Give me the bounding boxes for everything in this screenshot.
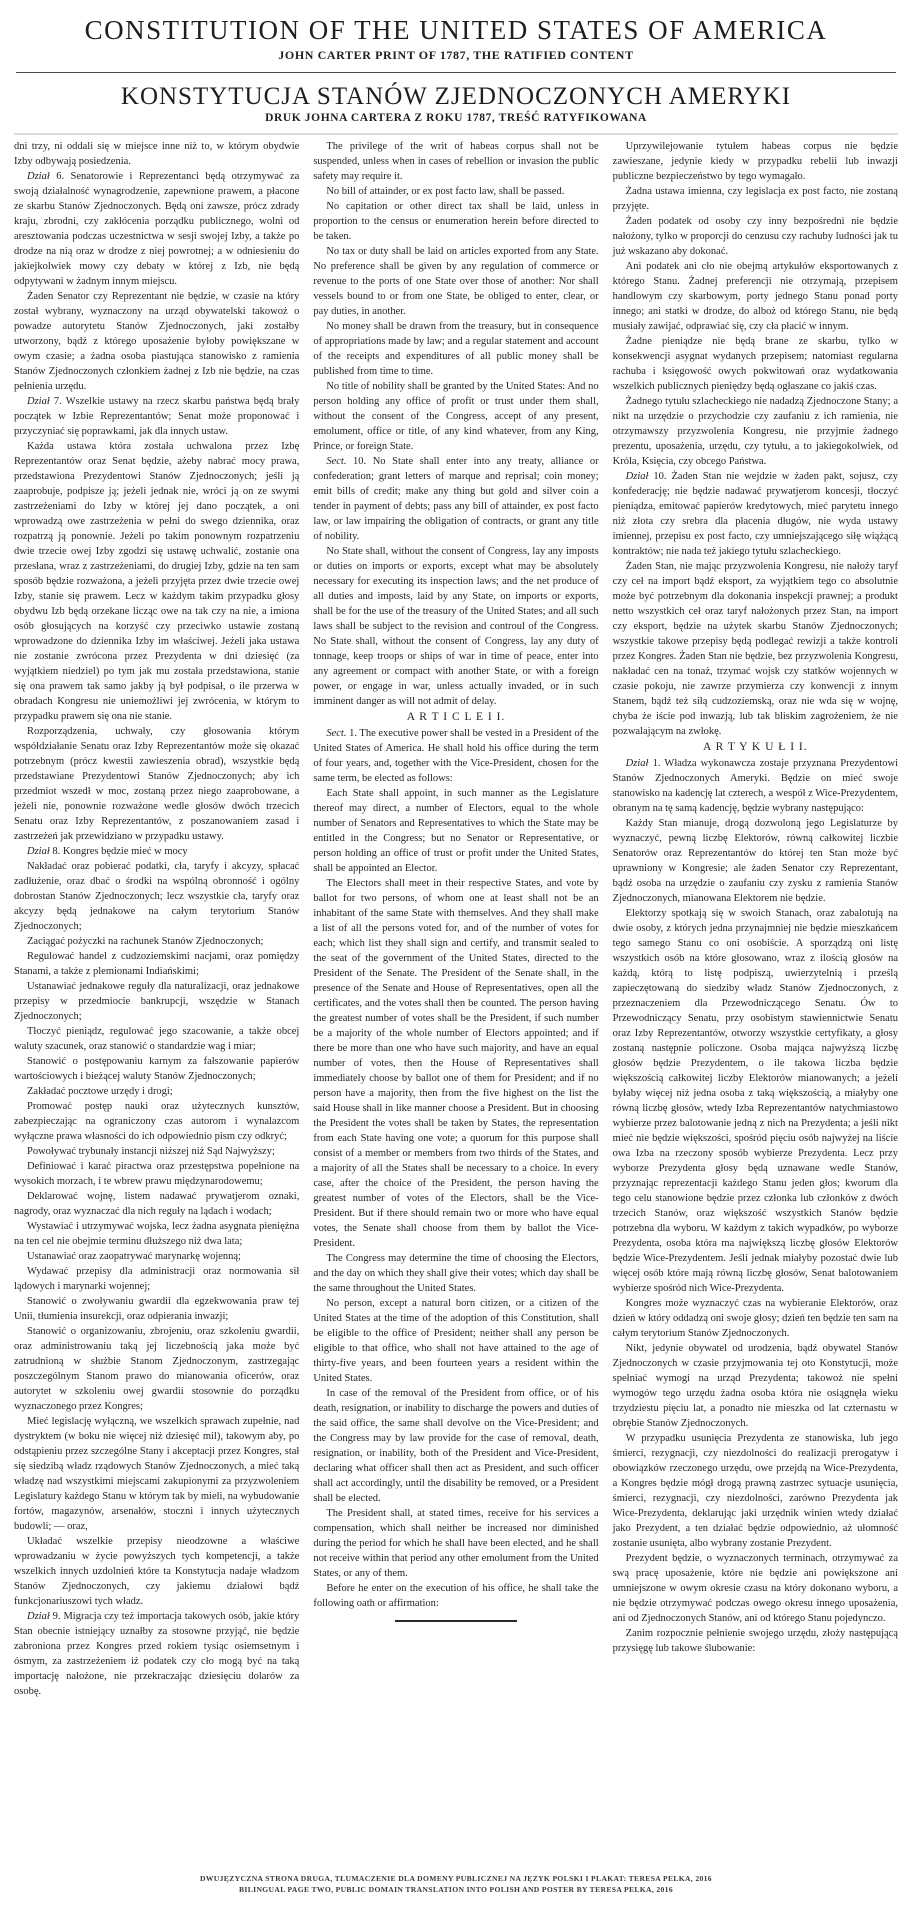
paragraph: Ustanawiać oraz zaopatrywać marynarkę wo… <box>14 1249 299 1264</box>
paragraph: The President shall, at stated times, re… <box>313 1506 598 1581</box>
paragraph: No capitation or other direct tax shall … <box>313 199 598 244</box>
paragraph: Każda ustawa która została uchwalona prz… <box>14 439 299 724</box>
paragraph: The privilege of the writ of habeas corp… <box>313 139 598 184</box>
page-subtitle-english: JOHN CARTER PRINT OF 1787, THE RATIFIED … <box>14 48 898 63</box>
paragraph: No bill of attainder, or ex post facto l… <box>313 184 598 199</box>
paragraph: Kongres może wyznaczyć czas na wybierani… <box>613 1296 898 1341</box>
paragraph: Żaden podatek od osoby czy inny bezpośre… <box>613 214 898 259</box>
paragraph: Sect. 10. No State shall enter into any … <box>313 454 598 544</box>
paragraph: Dział 1. Władza wykonawcza zostaje przyz… <box>613 756 898 816</box>
paragraph: Żaden Stan, nie mając przyzwolenia Kongr… <box>613 559 898 739</box>
header-divider-rule <box>16 72 896 73</box>
section-label: Dział <box>27 1611 50 1622</box>
paragraph: Mieć legislację wyłączną, we wszelkich s… <box>14 1414 299 1534</box>
masthead-bottom-rule <box>14 133 898 135</box>
section-label: Sect. <box>326 456 346 467</box>
paragraph: The Congress may determine the time of c… <box>313 1251 598 1296</box>
article-heading: A R T I C L E I I. <box>313 710 598 725</box>
paragraph: Definiować i karać piractwa oraz przestę… <box>14 1159 299 1189</box>
paragraph: Regulować handel z cudzoziemskimi nacjam… <box>14 949 299 979</box>
paragraph: Each State shall appoint, in such manner… <box>313 786 598 876</box>
paragraph: Żadnego tytułu szlacheckiego nie nadadzą… <box>613 394 898 469</box>
column-left-polish: dni trzy, ni oddali się w miejsce inne n… <box>14 139 299 1865</box>
paragraph: The Electors shall meet in their respect… <box>313 876 598 1251</box>
section-label: Dział <box>27 396 50 407</box>
paragraph: Deklarować wojnę, listem nadawać prywatj… <box>14 1189 299 1219</box>
paragraph: Nikt, jedynie obywatel od urodzenia, bąd… <box>613 1341 898 1431</box>
paragraph: Before he enter on the execution of his … <box>313 1581 598 1611</box>
section-label: Sect. <box>326 728 346 739</box>
footer-line-polish: DWUJĘZYCZNA STRONA DRUGA, TŁUMACZENIE DL… <box>14 1873 898 1884</box>
paragraph: Powoływać trybunały instancji niższej ni… <box>14 1144 299 1159</box>
paragraph: Dział 7. Wszelkie ustawy na rzecz skarbu… <box>14 394 299 439</box>
page-title-english: CONSTITUTION OF THE UNITED STATES OF AME… <box>14 16 898 46</box>
paragraph: No State shall, without the consent of C… <box>313 544 598 709</box>
footer-credits: DWUJĘZYCZNA STRONA DRUGA, TŁUMACZENIE DL… <box>14 1873 898 1895</box>
paragraph: Stanowić o organizowaniu, zbrojeniu, ora… <box>14 1324 299 1414</box>
paragraph: W przypadku usunięcia Prezydenta ze stan… <box>613 1431 898 1551</box>
masthead: CONSTITUTION OF THE UNITED STATES OF AME… <box>14 16 898 135</box>
paragraph: Uprzywilejowanie tytułem habeas corpus n… <box>613 139 898 184</box>
paragraph: No money shall be drawn from the treasur… <box>313 319 598 379</box>
section-label: Dział <box>626 471 649 482</box>
paragraph: Nakładać oraz pobierać podatki, cła, tar… <box>14 859 299 934</box>
paragraph: dni trzy, ni oddali się w miejsce inne n… <box>14 139 299 169</box>
section-label: Dział <box>27 171 50 182</box>
page-subtitle-polish: DRUK JOHNA CARTERA Z ROKU 1787, TREŚĆ RA… <box>14 112 898 124</box>
paragraph: Ani podatek ani cło nie obejmą artykułów… <box>613 259 898 334</box>
paragraph: Stanowić o postępowaniu karnym za fałszo… <box>14 1054 299 1084</box>
text-columns: dni trzy, ni oddali się w miejsce inne n… <box>14 139 898 1865</box>
column-middle-english: The privilege of the writ of habeas corp… <box>313 139 598 1865</box>
paragraph: Żaden Senator czy Reprezentant nie będzi… <box>14 289 299 394</box>
paragraph: Wydawać przepisy dla administracji oraz … <box>14 1264 299 1294</box>
paragraph: Żadna ustawa imienna, czy legislacja ex … <box>613 184 898 214</box>
paragraph: Elektorzy spotkają się w swoich Stanach,… <box>613 906 898 1296</box>
paragraph: Tłoczyć pieniądz, regulować jego szacowa… <box>14 1024 299 1054</box>
paragraph: Wystawiać i utrzymywać wojska, lecz żadn… <box>14 1219 299 1249</box>
footer-line-english: BILINGUAL PAGE TWO, PUBLIC DOMAIN TRANSL… <box>14 1884 898 1895</box>
paragraph: Dział 9. Migracja czy też importacja tak… <box>14 1609 299 1699</box>
paragraph: No tax or duty shall be laid on articles… <box>313 244 598 319</box>
paragraph: Prezydent będzie, o wyznaczonych termina… <box>613 1551 898 1626</box>
paragraph: Dział 6. Senatorowie i Reprezentanci będ… <box>14 169 299 289</box>
oath-separator-rule <box>395 1620 517 1622</box>
section-label: Dział <box>626 758 649 769</box>
paragraph: No person, except a natural born citizen… <box>313 1296 598 1386</box>
paragraph: In case of the removal of the President … <box>313 1386 598 1506</box>
paragraph: Stanowić o zwoływaniu gwardii dla egzekw… <box>14 1294 299 1324</box>
page-title-polish: KONSTYTUCJA STANÓW ZJEDNOCZONYCH AMERYKI <box>14 83 898 111</box>
paragraph: Rozporządzenia, uchwały, czy głosowania … <box>14 724 299 844</box>
paragraph: Każdy Stan mianuje, drogą dozwoloną jego… <box>613 816 898 906</box>
paragraph: Sect. 1. The executive power shall be ve… <box>313 726 598 786</box>
paragraph: Zakładać pocztowe urzędy i drogi; <box>14 1084 299 1099</box>
column-right-polish: Uprzywilejowanie tytułem habeas corpus n… <box>613 139 898 1865</box>
paragraph: Zanim rozpocznie pełnienie swojego urzęd… <box>613 1626 898 1656</box>
paragraph: Dział 8. Kongres będzie mieć w mocy <box>14 844 299 859</box>
paragraph: Zaciągać pożyczki na rachunek Stanów Zje… <box>14 934 299 949</box>
paragraph: Układać wszelkie przepisy nieodzowne a w… <box>14 1534 299 1609</box>
paragraph: Żadne pieniądze nie będą brane ze skarbu… <box>613 334 898 394</box>
paragraph: Dział 10. Żaden Stan nie wejdzie w żaden… <box>613 469 898 559</box>
paragraph: No title of nobility shall be granted by… <box>313 379 598 454</box>
paragraph: Ustanawiać jednakowe reguły dla naturali… <box>14 979 299 1024</box>
article-heading: A R T Y K U Ł I I. <box>613 740 898 755</box>
poster-page: CONSTITUTION OF THE UNITED STATES OF AME… <box>14 0 898 1895</box>
section-label: Dział <box>27 846 50 857</box>
paragraph: Promować postęp nauki oraz użytecznych k… <box>14 1099 299 1144</box>
